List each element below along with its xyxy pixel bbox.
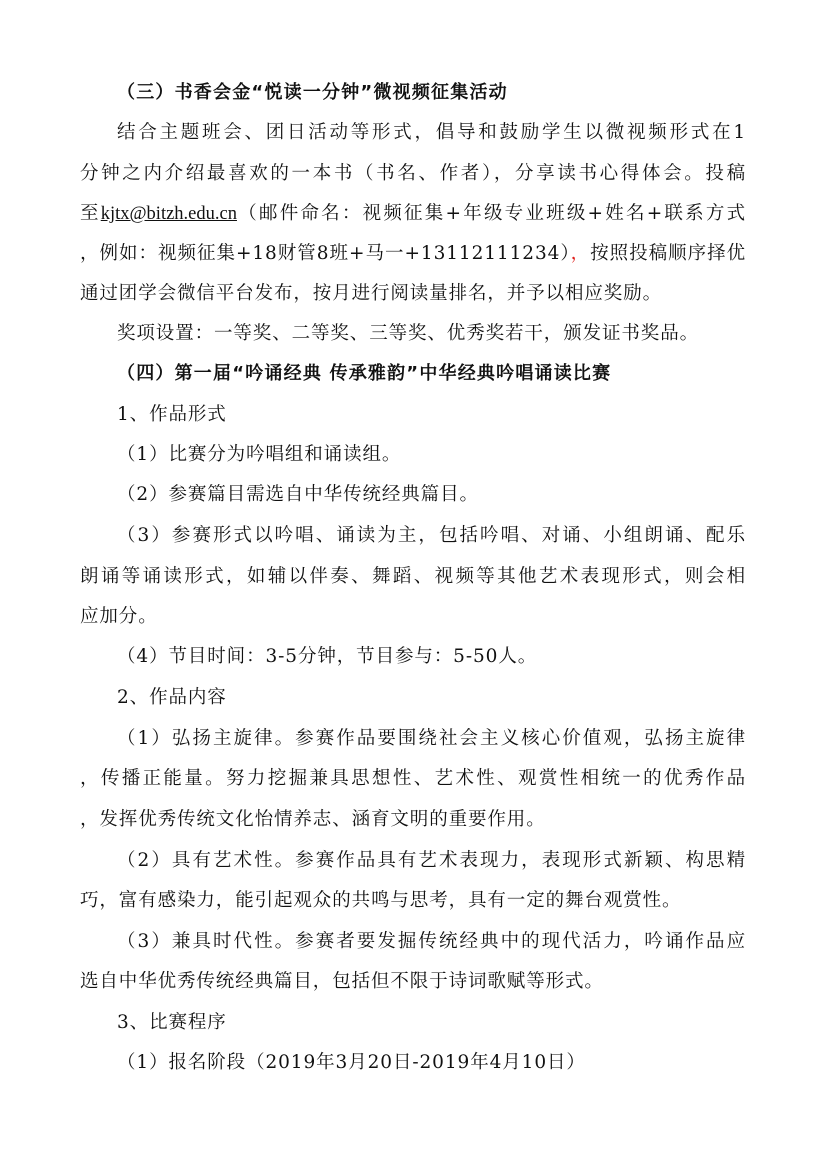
text-prefix: 至 [80, 203, 101, 224]
part1-item2: （2）参赛篇目需选自中华传统经典篇目。 [80, 480, 746, 510]
part2-item2-line1: （2）具有艺术性。参赛作品具有艺术表现力，表现形式新颖、构思精 [80, 846, 746, 876]
part1-item4: （4）节目时间：3-5分钟，节目参与：5-50人。 [80, 642, 746, 672]
text-suffix: （邮件命名：视频征集+年级专业班级+姓名+联系方式 [237, 203, 746, 224]
part1-item3-line1: （3）参赛形式以吟唱、诵读为主，包括吟唱、对诵、小组朗诵、配乐 [80, 521, 746, 551]
part2-item1-line3: ，发挥优秀传统文化怡情养志、涵育文明的重要作用。 [80, 805, 746, 835]
part2-item2-line2: 巧，富有感染力，能引起观众的共鸣与思考，具有一定的舞台观赏性。 [80, 886, 746, 916]
part2-item1-line1: （1）弘扬主旋律。参赛作品要围绕社会主义核心价值观，弘扬主旋律 [80, 724, 746, 754]
section3-para1-line5: 通过团学会微信平台发布，按月进行阅读量排名，并予以相应奖励。 [80, 279, 746, 309]
part1-item3-line2: 朗诵等诵读形式，如辅以伴奏、舞蹈、视频等其他艺术表现形式，则会相 [80, 562, 746, 592]
email-link[interactable]: kjtx@bitzh.edu.cn [101, 204, 237, 224]
part1-title: 1、作品形式 [80, 400, 746, 430]
section3-para1-line1: 结合主题班会、团日活动等形式，倡导和鼓励学生以微视频形式在1 [80, 118, 746, 148]
part2-title: 2、作品内容 [80, 683, 746, 713]
text-tail: 按照投稿顺序择优 [590, 243, 746, 264]
section4-heading: （四）第一届“吟诵经典 传承雅韵”中华经典吟唱诵读比赛 [80, 359, 746, 389]
section3-awards: 奖项设置：一等奖、二等奖、三等奖、优秀奖若干，颁发证书奖品。 [80, 319, 746, 349]
section3-para1-line2: 分钟之内介绍最喜欢的一本书（书名、作者），分享读书心得体会。投稿 [80, 159, 746, 189]
text-main: ，例如：视频征集+18财管8班+马一+13112111234） [80, 243, 571, 264]
red-comma: ， [571, 243, 591, 264]
section3-para1-line4: ，例如：视频征集+18财管8班+马一+13112111234），按照投稿顺序择优 [80, 239, 746, 269]
part3-item1: （1）报名阶段（2019年3月20日-2019年4月10日） [80, 1048, 746, 1078]
part1-item3-line3: 应加分。 [80, 602, 746, 632]
section3-heading: （三）书香会金“悦读一分钟”微视频征集活动 [80, 78, 746, 108]
part3-title: 3、比赛程序 [80, 1008, 746, 1038]
section3-para1-line3: 至kjtx@bitzh.edu.cn（邮件命名：视频征集+年级专业班级+姓名+联… [80, 199, 746, 229]
part2-item1-line2: ，传播正能量。努力挖掘兼具思想性、艺术性、观赏性相统一的优秀作品 [80, 764, 746, 794]
part1-item1: （1）比赛分为吟唱组和诵读组。 [80, 440, 746, 470]
part2-item3-line2: 选自中华优秀传统经典篇目，包括但不限于诗词歌赋等形式。 [80, 967, 746, 997]
part2-item3-line1: （3）兼具时代性。参赛者要发掘传统经典中的现代活力，吟诵作品应 [80, 927, 746, 957]
